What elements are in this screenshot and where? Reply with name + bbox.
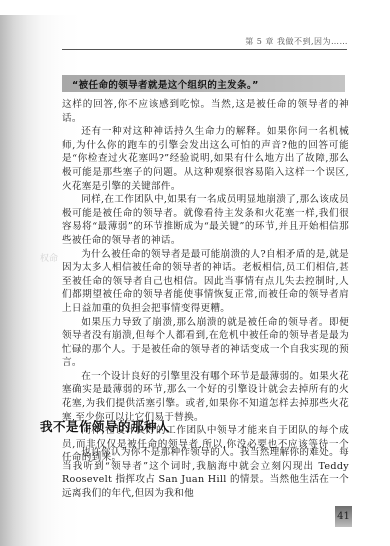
paragraph: 如果压力导致了崩溃,那么崩溃的就是被任命的领导者。即便领导者没有崩溃,但每个人都…	[62, 316, 349, 370]
paragraph: 也许你认为你不是那种作领导的人。我当然理解你的难处。每当我听到“领导者”这个词时…	[62, 446, 349, 500]
paragraph: 还有一种对这种神话持久生命力的解释。如果你问一名机械师,为什么你的跑车的引擎会发…	[62, 125, 349, 193]
bleed-through-text: 权命	[40, 251, 58, 264]
page-number: 41	[335, 506, 352, 527]
section-heading: 我不是作领导的那种人	[40, 417, 170, 435]
paragraph: 同样,在工作团队中,如果有一名成员明显地崩溃了,那么该成员极可能是被任命的领导者…	[62, 193, 349, 247]
paragraph: 这样的回答,你不应该感到吃惊。当然,这是被任命的领导者的神话。	[62, 98, 349, 125]
body-text: 这样的回答,你不应该感到吃惊。当然,这是被任命的领导者的神话。 还有一种对这种神…	[62, 98, 349, 465]
quote-banner: “被任命的领导者就是这个组织的主发条。”	[62, 75, 345, 92]
paragraph: 为什么被任命的领导者是最可能崩溃的人?自相矛盾的是,就是因为太多人相信被任命的领…	[62, 248, 349, 316]
running-head: 第 5 章 我做不到,因为……	[245, 36, 348, 47]
quote-text: “被任命的领导者就是这个组织的主发条。”	[72, 77, 259, 91]
header-rule	[62, 49, 347, 50]
section-body-text: 也许你认为你不是那种作领导的人。我当然理解你的难处。每当我听到“领导者”这个词时…	[62, 446, 349, 500]
